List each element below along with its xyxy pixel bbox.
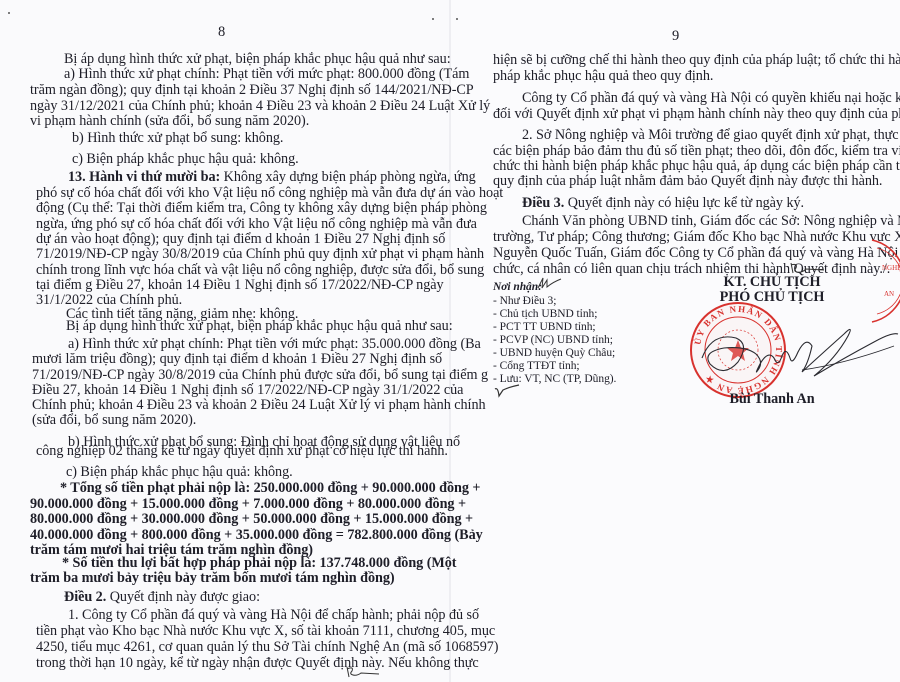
- svg-text:NGHỆ: NGHỆ: [882, 264, 900, 272]
- doc-line: 71/2019/NĐ-CP ngày 30/8/2019 của Chính p…: [36, 246, 412, 262]
- doc-line: 2. Sở Nông nghiệp và Môi trường để giao …: [522, 127, 863, 143]
- doc-line: quy định của pháp luật nhằm đảm bảo Quyế…: [493, 173, 882, 189]
- doc-line: đối với Quyết định xử phạt vi phạm hành …: [493, 106, 863, 122]
- handwritten-signature-icon: [694, 306, 900, 396]
- doc-line: ngày 31/12/2021 của Chính phủ; khoản 4 Đ…: [30, 98, 412, 114]
- article-3-heading: Điều 3. Quyết định này có hiệu lực kể từ…: [522, 195, 804, 211]
- doc-line: dự án vào hoạt động); quy định tại điểm …: [36, 231, 412, 247]
- scan-speck: [456, 18, 458, 20]
- doc-line: tiền phạt vào Kho bạc Nhà nước Khu vực X…: [36, 623, 412, 639]
- doc-line: chính trong lĩnh vực hóa chất và vật liệ…: [36, 262, 412, 278]
- doc-line: 71/2019/NĐ-CP ngày 30/8/2019 của Chính p…: [32, 367, 414, 383]
- doc-line: động (Cụ thể: Tại thời điểm kiểm tra, Cô…: [36, 200, 412, 216]
- page-number: 9: [672, 28, 679, 45]
- doc-line: c) Biện pháp khắc phục hậu quả: không.: [66, 464, 293, 480]
- doc-line: (sửa đổi, bổ sung năm 2020).: [32, 412, 196, 428]
- recipient-item: - Chủ tịch UBND tỉnh;: [493, 308, 597, 321]
- doc-line: Điều 27, khoản 14 Điều 1 Nghị định số 17…: [32, 382, 414, 398]
- doc-line: trăm ngàn đồng); quy định tại khoản 2 Đi…: [30, 82, 412, 98]
- page-number: 8: [218, 24, 225, 41]
- doc-line: vi phạm hành chính (sửa đổi, bổ sung năm…: [30, 113, 309, 129]
- doc-line: ngừa, ứng phó sự cố hóa chất đối với kho…: [36, 216, 412, 232]
- doc-line: 4250, tiểu mục 4261, cơ quan quản lý thu…: [36, 639, 412, 655]
- doc-line: Chánh Văn phòng UBND tỉnh, Giám đốc các …: [522, 213, 863, 229]
- total-fine-line: 40.000.000 đồng + 800.000 đồng + 35.000.…: [30, 527, 412, 543]
- svg-text:AN: AN: [884, 290, 894, 298]
- violation-13-heading: 13. Hành vi thứ mười ba: Không xây dựng …: [68, 169, 412, 185]
- illegal-profit-line: trăm ba mươi bảy triệu bảy trăm bốn mươi…: [30, 570, 395, 586]
- total-fine-line: 90.000.000 đồng + 15.000.000 đồng + 7.00…: [30, 496, 412, 512]
- doc-line: Bị áp dụng hình thức xử phạt, biện pháp …: [64, 51, 451, 67]
- recipient-item: - PCVP (NC) UBND tỉnh;: [493, 334, 613, 347]
- doc-line: c) Biện pháp khắc phục hậu quả: không.: [72, 151, 299, 167]
- doc-line: hiện sẽ bị cưỡng chế thi hành theo quy đ…: [493, 52, 862, 68]
- doc-line: Bị áp dụng hình thức xử phạt, biện pháp …: [66, 318, 453, 334]
- scan-speck: [432, 18, 434, 20]
- doc-line: 1. Công ty Cổ phần đá quý và vàng Hà Nội…: [68, 607, 412, 623]
- signature-title: KT. CHỦ TỊCH: [712, 274, 832, 290]
- initial-mark-icon: [345, 664, 385, 680]
- doc-line: chức thi hành biện pháp khắc phục hậu qu…: [493, 158, 863, 174]
- doc-line: a) Hình thức xử phạt chính: Phạt tiền vớ…: [64, 66, 412, 82]
- recipient-item: - PCT TT UBND tỉnh;: [493, 321, 596, 334]
- doc-line: tại điểm g Điều 27, khoản 14 Điều 1 Nghị…: [36, 277, 412, 293]
- doc-line: các biện pháp bảo đảm thu đủ số tiền phạ…: [493, 143, 863, 159]
- doc-line: trường, Tư pháp; Công thương; Giám đốc K…: [493, 229, 863, 245]
- violation-13-label: 13. Hành vi thứ mười ba:: [68, 169, 220, 185]
- recipient-item: - UBND huyện Quỳ Châu;: [493, 347, 615, 360]
- total-fine-line: 80.000.000 đồng + 30.000.000 đồng + 50.0…: [30, 511, 412, 527]
- recipient-item: - Như Điều 3;: [493, 295, 556, 308]
- doc-line: mươi lăm triệu đồng); quy định tại điểm …: [32, 351, 414, 367]
- doc-line: pháp khắc phục hậu quả theo quy định.: [493, 68, 713, 84]
- doc-line: Chính phủ; khoản 4 Điều 23 và khoản 2 Đi…: [32, 397, 414, 413]
- total-fine-line: * Tổng số tiền phạt phải nộp là: 250.000…: [60, 480, 412, 496]
- doc-line: công nghiệp 02 tháng kể từ ngày quyết đị…: [36, 443, 448, 459]
- recipient-item: - Cổng TTĐT tỉnh;: [493, 360, 580, 373]
- signer-name: Bùi Thanh An: [712, 391, 832, 407]
- doc-line: Công ty Cổ phần đá quý và vàng Hà Nội có…: [522, 90, 863, 106]
- doc-line: a) Hình thức xử phạt chính: Phạt tiền vớ…: [68, 336, 414, 352]
- article-2-heading: Điều 2. Quyết định này được giao:: [64, 589, 260, 605]
- initial-mark-icon: [535, 276, 565, 292]
- doc-line: Nguyễn Quốc Tuấn, Giám đốc Công ty Cổ ph…: [493, 245, 863, 261]
- doc-line: phó sự cố hóa chất đối với kho Vật liệu …: [36, 185, 412, 201]
- initial-mark-icon: [493, 384, 523, 398]
- illegal-profit-line: * Số tiền thu lợi bất hợp pháp phải nộp …: [62, 555, 412, 571]
- scan-speck: [8, 12, 10, 14]
- doc-line: b) Hình thức xử phạt bổ sung: không.: [72, 130, 283, 146]
